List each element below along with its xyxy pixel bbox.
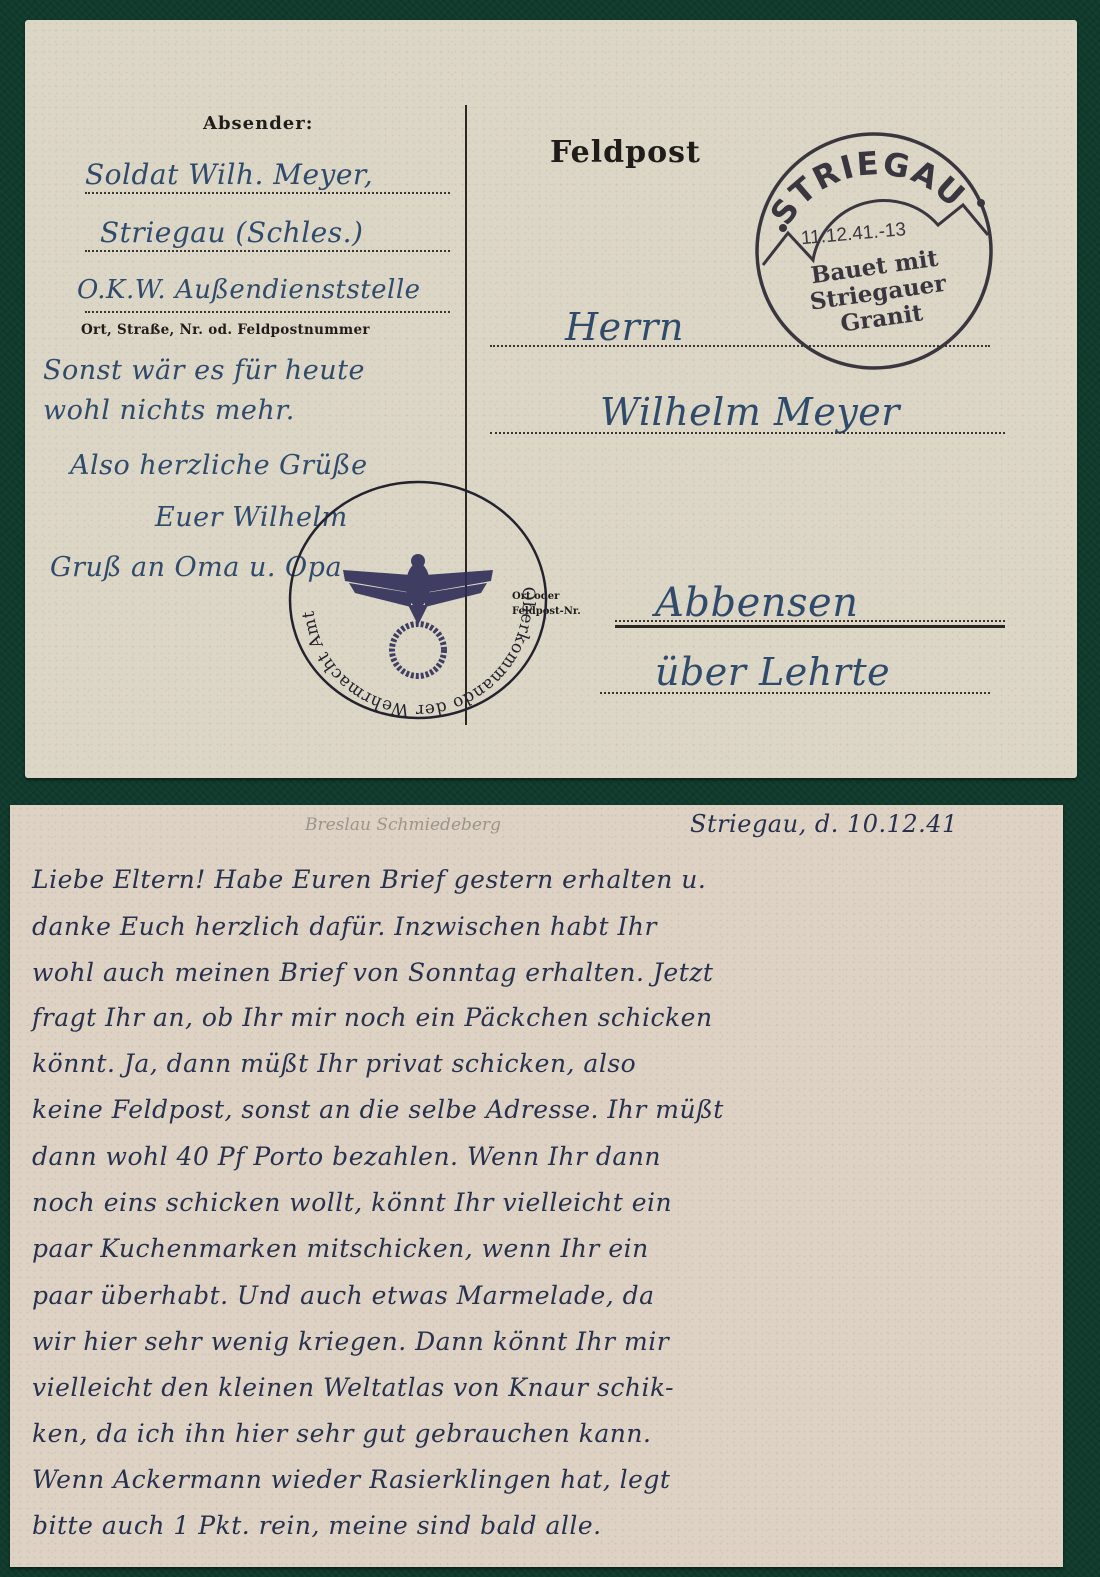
place-underline bbox=[615, 625, 1005, 628]
postmark-stamp: STRIEGAU 11.12.41.-13 Bauet mit Striegau… bbox=[743, 125, 1005, 373]
sender-dotted-line-2 bbox=[85, 250, 450, 252]
letter-line: wohl auch meinen Brief von Sonntag erhal… bbox=[32, 958, 713, 987]
recipient-dotted-line-3 bbox=[615, 620, 1005, 622]
official-seal-stamp: Oberkommando der Wehrmacht Amt Ausl./Abw… bbox=[283, 475, 553, 725]
letter-line: ken, da ich ihn hier sehr gut gebrauchen… bbox=[32, 1419, 651, 1448]
recipient-via: über Lehrte bbox=[655, 650, 890, 694]
sender-line-3: O.K.W. Außendienststelle bbox=[77, 275, 421, 305]
letter-line: fragt Ihr an, ob Ihr mir noch ein Päckch… bbox=[32, 1003, 713, 1032]
letter-line: bitte auch 1 Pkt. rein, meine sind bald … bbox=[32, 1511, 602, 1540]
letter-date: Striegau, d. 10.12.41 bbox=[690, 810, 958, 838]
recipient-name: Wilhelm Meyer bbox=[600, 390, 900, 434]
letter-line: vielleicht den kleinen Weltatlas von Kna… bbox=[32, 1373, 674, 1402]
message-line-1: Sonst wär es für heute bbox=[43, 355, 365, 386]
message-line-2: wohl nichts mehr. bbox=[43, 395, 295, 426]
pencil-note: Breslau Schmiedeberg bbox=[305, 815, 501, 835]
recipient-salutation: Herrn bbox=[565, 305, 684, 349]
letter-line: danke Euch herzlich dafür. Inzwischen ha… bbox=[32, 912, 657, 941]
sender-caption: Ort, Straße, Nr. od. Feldpostnummer bbox=[81, 322, 370, 338]
postmark-datetime: 11.12.41.-13 bbox=[800, 219, 907, 249]
letter-line: Liebe Eltern! Habe Euren Brief gestern e… bbox=[32, 865, 706, 894]
letter-line: könnt. Ja, dann müßt Ihr privat schicken… bbox=[32, 1049, 636, 1078]
feldpost-label: Feldpost bbox=[550, 135, 701, 170]
letter-line: paar Kuchenmarken mitschicken, wenn Ihr … bbox=[32, 1234, 649, 1263]
sender-dotted-line-3 bbox=[85, 311, 450, 313]
recipient-dotted-line-1 bbox=[490, 345, 990, 347]
sender-heading: Absender: bbox=[203, 113, 313, 134]
recipient-dotted-line-4 bbox=[600, 692, 990, 694]
letter-line: dann wohl 40 Pf Porto bezahlen. Wenn Ihr… bbox=[32, 1142, 661, 1171]
sender-line-1: Soldat Wilh. Meyer, bbox=[85, 158, 373, 191]
letter-line: paar überhabt. Und auch etwas Marmelade,… bbox=[32, 1281, 655, 1310]
sender-dotted-line-1 bbox=[85, 192, 450, 194]
letter-line: Wenn Ackermann wieder Rasierklingen hat,… bbox=[32, 1465, 670, 1494]
recipient-dotted-line-2 bbox=[490, 432, 1005, 434]
letter-line: keine Feldpost, sonst an die selbe Adres… bbox=[32, 1095, 724, 1124]
letter-line: noch eins schicken wollt, könnt Ihr viel… bbox=[32, 1188, 672, 1217]
postcard-back: Breslau Schmiedeberg Striegau, d. 10.12.… bbox=[10, 805, 1063, 1567]
postcard-front: Absender: Soldat Wilh. Meyer, Striegau (… bbox=[25, 20, 1077, 778]
sender-line-2: Striegau (Schles.) bbox=[100, 216, 363, 249]
letter-line: wir hier sehr wenig kriegen. Dann könnt … bbox=[32, 1327, 669, 1356]
eagle-emblem-icon bbox=[343, 554, 493, 676]
